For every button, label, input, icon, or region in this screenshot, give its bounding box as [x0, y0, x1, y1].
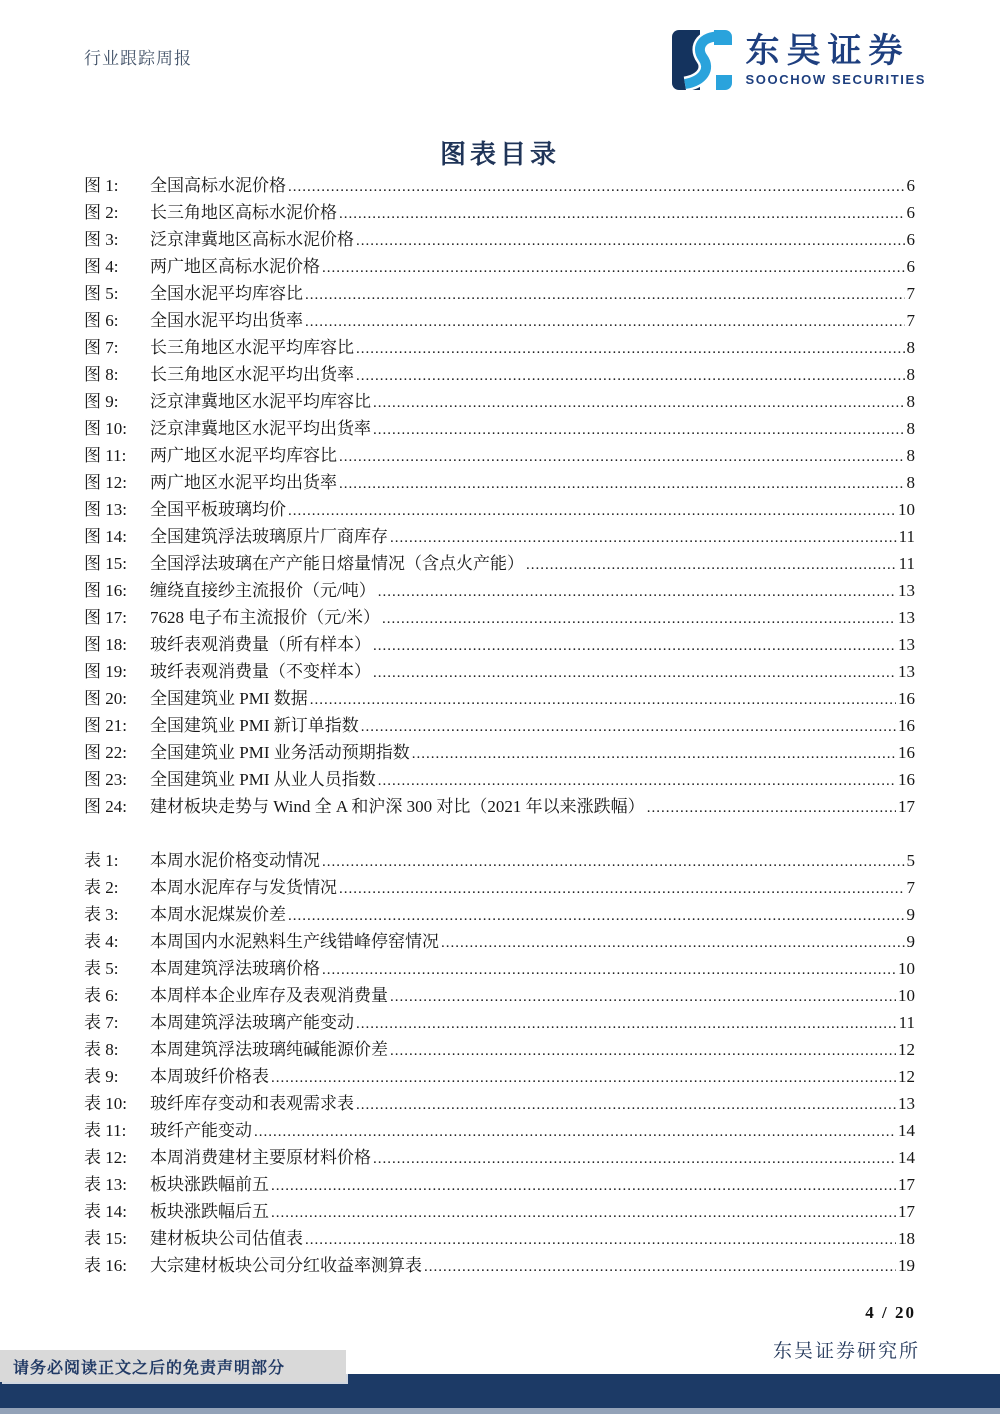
toc-entry-label: 图 8:: [84, 361, 150, 388]
toc-entry-title: 大宗建材板块公司分红收益率测算表: [150, 1252, 422, 1279]
toc-entry[interactable]: 表 2: 本周水泥库存与发货情况 7: [84, 874, 915, 901]
toc-entry-title: 玻纤表观消费量（所有样本）: [150, 631, 371, 658]
toc-entry-page: 11: [899, 523, 915, 550]
toc-entry[interactable]: 表 10: 玻纤库存变动和表观需求表 13: [84, 1090, 915, 1117]
toc-entry-title: 全国高标水泥价格: [150, 172, 286, 199]
toc-entry-page: 16: [898, 739, 915, 766]
toc-entry-label: 图 3:: [84, 226, 150, 253]
toc-entry-label: 表 10:: [84, 1090, 150, 1117]
toc-entry-page: 7: [907, 280, 916, 307]
toc-entry-page: 13: [898, 604, 915, 631]
toc-entry-label: 图 14:: [84, 523, 150, 550]
toc-dot-leader: [339, 199, 905, 228]
toc-entry[interactable]: 图 15: 全国浮法玻璃在产产能日熔量情况（含点火产能） 11: [84, 550, 915, 577]
toc-entry-label: 表 16:: [84, 1252, 150, 1279]
toc-entry-label: 图 7:: [84, 334, 150, 361]
toc-entry-title: 建材板块公司估值表: [150, 1225, 303, 1252]
toc-entry[interactable]: 图 24: 建材板块走势与 Wind 全 A 和沪深 300 对比（2021 年…: [84, 793, 915, 820]
toc-entry[interactable]: 表 13: 板块涨跌幅前五 17: [84, 1171, 915, 1198]
toc-entry-label: 表 1:: [84, 847, 150, 874]
toc-entry-title: 全国建筑业 PMI 从业人员指数: [150, 766, 376, 793]
toc-entry-label: 图 9:: [84, 388, 150, 415]
toc-entry[interactable]: 表 1: 本周水泥价格变动情况 5: [84, 847, 915, 874]
toc-entry-page: 14: [898, 1117, 915, 1144]
toc-entry[interactable]: 表 7: 本周建筑浮法玻璃产能变动 11: [84, 1009, 915, 1036]
toc-entry-title: 本周水泥煤炭价差: [150, 901, 286, 928]
toc-entry-page: 13: [898, 577, 915, 604]
toc-entry-page: 7: [907, 307, 916, 334]
toc-entry[interactable]: 图 10: 泛京津冀地区水泥平均出货率 8: [84, 415, 915, 442]
toc-entry-page: 16: [898, 766, 915, 793]
toc-entry-label: 图 22:: [84, 739, 150, 766]
toc-entry-title: 全国建筑业 PMI 新订单指数: [150, 712, 359, 739]
toc-entry-page: 16: [898, 712, 915, 739]
toc-entry-title: 全国水泥平均出货率: [150, 307, 303, 334]
toc-dot-leader: [361, 712, 896, 741]
toc-dot-leader: [647, 793, 896, 822]
toc-entry-page: 14: [898, 1144, 915, 1171]
toc-entry[interactable]: 表 14: 板块涨跌幅后五 17: [84, 1198, 915, 1225]
toc-entry[interactable]: 图 16: 缠绕直接纱主流报价（元/吨） 13: [84, 577, 915, 604]
toc-dot-leader: [288, 172, 905, 201]
toc-entry-title: 泛京津冀地区水泥平均出货率: [150, 415, 371, 442]
toc-dot-leader: [382, 604, 896, 633]
toc-entry[interactable]: 图 6: 全国水泥平均出货率 7: [84, 307, 915, 334]
toc-entry-page: 6: [907, 226, 916, 253]
toc-entry-page: 6: [907, 253, 916, 280]
toc-dot-leader: [373, 631, 896, 660]
toc-entry-label: 图 13:: [84, 496, 150, 523]
toc-entry-title: 建材板块走势与 Wind 全 A 和沪深 300 对比（2021 年以来涨跌幅）: [150, 793, 645, 820]
toc-dot-leader: [288, 496, 896, 525]
brand-name-cn: 东吴证券: [746, 34, 910, 70]
toc-entry[interactable]: 表 15: 建材板块公司估值表 18: [84, 1225, 915, 1252]
toc-entry-page: 8: [907, 388, 916, 415]
toc-entry-label: 图 21:: [84, 712, 150, 739]
toc-entry[interactable]: 表 3: 本周水泥煤炭价差 9: [84, 901, 915, 928]
toc-entry-page: 10: [898, 982, 915, 1009]
toc-entry-title: 两广地区高标水泥价格: [150, 253, 320, 280]
toc-entry-page: 12: [898, 1036, 915, 1063]
toc-entry[interactable]: 表 12: 本周消费建材主要原材料价格 14: [84, 1144, 915, 1171]
toc-entry-page: 13: [898, 1090, 915, 1117]
toc-dot-leader: [305, 1225, 896, 1254]
toc-entry-label: 图 2:: [84, 199, 150, 226]
toc-entry-page: 9: [907, 928, 916, 955]
toc-entry-label: 图 24:: [84, 793, 150, 820]
toc-dot-leader: [526, 550, 897, 579]
toc-entry-label: 图 4:: [84, 253, 150, 280]
toc-entry-title: 玻纤产能变动: [150, 1117, 252, 1144]
toc-entry-title: 板块涨跌幅后五: [150, 1198, 269, 1225]
toc-dot-leader: [373, 388, 905, 417]
institute-name: 东吴证券研究所: [773, 1336, 920, 1363]
toc-entry[interactable]: 表 5: 本周建筑浮法玻璃价格 10: [84, 955, 915, 982]
toc-entry[interactable]: 图 23: 全国建筑业 PMI 从业人员指数 16: [84, 766, 915, 793]
toc-entry[interactable]: 表 16: 大宗建材板块公司分红收益率测算表 19: [84, 1252, 915, 1279]
toc-dot-leader: [305, 307, 905, 336]
toc-entry-page: 7: [907, 874, 916, 901]
toc-entry-page: 10: [898, 496, 915, 523]
toc-entry-title: 玻纤库存变动和表观需求表: [150, 1090, 354, 1117]
toc-entry[interactable]: 图 11: 两广地区水泥平均库容比 8: [84, 442, 915, 469]
toc-entry-page: 17: [898, 1171, 915, 1198]
toc-entry-label: 表 2:: [84, 874, 150, 901]
toc-entry-page: 17: [898, 793, 915, 820]
toc-dot-leader: [390, 1036, 896, 1065]
soochow-logo-icon: [670, 28, 734, 92]
toc-entry-label: 图 1:: [84, 172, 150, 199]
toc-dot-leader: [356, 361, 905, 390]
toc-entry-label: 表 5:: [84, 955, 150, 982]
toc-dot-leader: [322, 847, 905, 876]
toc-entry[interactable]: 图 2: 长三角地区高标水泥价格 6: [84, 199, 915, 226]
toc-entry[interactable]: 图 13: 全国平板玻璃均价 10: [84, 496, 915, 523]
toc-entry-label: 图 23:: [84, 766, 150, 793]
toc-entry[interactable]: 图 1: 全国高标水泥价格 6: [84, 172, 915, 199]
toc-entry-label: 表 6:: [84, 982, 150, 1009]
toc-entry-title: 两广地区水泥平均库容比: [150, 442, 337, 469]
toc-entry-title: 泛京津冀地区高标水泥价格: [150, 226, 354, 253]
toc-entry-label: 图 6:: [84, 307, 150, 334]
toc-entry-page: 11: [899, 550, 915, 577]
toc-entry-page: 8: [907, 469, 916, 496]
toc-entry[interactable]: 图 8: 长三角地区水泥平均出货率 8: [84, 361, 915, 388]
toc-entry-label: 表 11:: [84, 1117, 150, 1144]
toc-entry[interactable]: 图 7: 长三角地区水泥平均库容比 8: [84, 334, 915, 361]
toc-entry-title: 全国建筑业 PMI 数据: [150, 685, 308, 712]
toc-entry-title: 本周建筑浮法玻璃价格: [150, 955, 320, 982]
toc-dot-leader: [288, 901, 905, 930]
toc-entry-title: 全国建筑浮法玻璃原片厂商库存: [150, 523, 388, 550]
toc-entry-title: 全国水泥平均库容比: [150, 280, 303, 307]
toc: 图 1: 全国高标水泥价格 6 图 2: 长三角地区高标水泥价格 6 图 3: …: [84, 172, 915, 1279]
toc-entry-label: 图 18:: [84, 631, 150, 658]
toc-entry-title: 本周建筑浮法玻璃纯碱能源价差: [150, 1036, 388, 1063]
toc-entry[interactable]: 图 4: 两广地区高标水泥价格 6: [84, 253, 915, 280]
toc-entry-title: 长三角地区水泥平均出货率: [150, 361, 354, 388]
toc-entry-title: 长三角地区高标水泥价格: [150, 199, 337, 226]
toc-entry-title: 全国浮法玻璃在产产能日熔量情况（含点火产能）: [150, 550, 524, 577]
toc-entry-label: 表 4:: [84, 928, 150, 955]
toc-dot-leader: [356, 1009, 897, 1038]
toc-entry-page: 8: [907, 334, 916, 361]
disclaimer-text: 请务必阅读正文之后的免责声明部分: [13, 1355, 285, 1378]
toc-entry-page: 8: [907, 361, 916, 388]
toc-entry-title: 本周消费建材主要原材料价格: [150, 1144, 371, 1171]
toc-entry-page: 19: [898, 1252, 915, 1279]
brand-name-en: SOOCHOW SECURITIES: [746, 72, 926, 87]
toc-entry-label: 图 20:: [84, 685, 150, 712]
toc-entry[interactable]: 图 17: 7628 电子布主流报价（元/米） 13: [84, 604, 915, 631]
toc-entry-title: 板块涨跌幅前五: [150, 1171, 269, 1198]
toc-entry-page: 8: [907, 415, 916, 442]
page-indicator: 4 / 20: [865, 1303, 916, 1323]
toc-entry-label: 表 15:: [84, 1225, 150, 1252]
toc-entry-page: 5: [907, 847, 916, 874]
disclaimer-banner: 请务必阅读正文之后的免责声明部分: [0, 1350, 346, 1382]
toc-entry-label: 图 15:: [84, 550, 150, 577]
toc-dot-leader: [441, 928, 905, 957]
toc-dot-leader: [373, 415, 905, 444]
toc-dot-leader: [339, 469, 905, 498]
toc-entry-page: 17: [898, 1198, 915, 1225]
toc-entry[interactable]: 表 4: 本周国内水泥熟料生产线错峰停窑情况 9: [84, 928, 915, 955]
toc-dot-leader: [339, 874, 905, 903]
toc-entry-label: 图 12:: [84, 469, 150, 496]
toc-entry-page: 10: [898, 955, 915, 982]
toc-entry-title: 全国平板玻璃均价: [150, 496, 286, 523]
brand-logo: 东吴证券 SOOCHOW SECURITIES: [670, 28, 926, 92]
toc-entry-title: 本周水泥库存与发货情况: [150, 874, 337, 901]
toc-dot-leader: [390, 982, 896, 1011]
toc-dot-leader: [322, 253, 905, 282]
toc-entry-label: 表 12:: [84, 1144, 150, 1171]
toc-entry-page: 8: [907, 442, 916, 469]
report-page: 行业跟踪周报 东吴证券 SOOCHOW SECURITIES 图表目录 图 1:…: [0, 0, 1000, 1414]
toc-entry-title: 两广地区水泥平均出货率: [150, 469, 337, 496]
toc-entry-label: 图 10:: [84, 415, 150, 442]
toc-entry-page: 6: [907, 172, 916, 199]
toc-entry-title: 本周样本企业库存及表观消费量: [150, 982, 388, 1009]
toc-entry-title: 本周水泥价格变动情况: [150, 847, 320, 874]
toc-entry-label: 表 14:: [84, 1198, 150, 1225]
tables-section: 表 1: 本周水泥价格变动情况 5 表 2: 本周水泥库存与发货情况 7 表 3…: [84, 847, 915, 1279]
toc-entry-label: 表 7:: [84, 1009, 150, 1036]
toc-dot-leader: [378, 766, 896, 795]
toc-entry-page: 9: [907, 901, 916, 928]
toc-entry-page: 13: [898, 658, 915, 685]
toc-dot-leader: [412, 739, 896, 768]
toc-entry[interactable]: 图 14: 全国建筑浮法玻璃原片厂商库存 11: [84, 523, 915, 550]
toc-entry-page: 11: [899, 1009, 915, 1036]
toc-entry-label: 图 5:: [84, 280, 150, 307]
toc-dot-leader: [322, 955, 896, 984]
toc-entry[interactable]: 图 19: 玻纤表观消费量（不变样本） 13: [84, 658, 915, 685]
toc-entry[interactable]: 表 8: 本周建筑浮法玻璃纯碱能源价差 12: [84, 1036, 915, 1063]
toc-entry-label: 表 3:: [84, 901, 150, 928]
toc-dot-leader: [271, 1198, 896, 1227]
toc-entry-title: 缠绕直接纱主流报价（元/吨）: [150, 577, 376, 604]
toc-dot-leader: [424, 1252, 896, 1281]
toc-dot-leader: [254, 1117, 896, 1146]
toc-dot-leader: [310, 685, 896, 714]
toc-dot-leader: [378, 577, 896, 606]
toc-dot-leader: [356, 1090, 896, 1119]
toc-dot-leader: [373, 1144, 896, 1173]
toc-dot-leader: [356, 334, 905, 363]
toc-dot-leader: [339, 442, 905, 471]
toc-entry-page: 6: [907, 199, 916, 226]
toc-entry-page: 13: [898, 631, 915, 658]
toc-entry[interactable]: 图 21: 全国建筑业 PMI 新订单指数 16: [84, 712, 915, 739]
toc-entry[interactable]: 图 9: 泛京津冀地区水泥平均库容比 8: [84, 388, 915, 415]
toc-entry[interactable]: 表 11: 玻纤产能变动 14: [84, 1117, 915, 1144]
report-type-label: 行业跟踪周报: [84, 44, 192, 69]
figures-section: 图 1: 全国高标水泥价格 6 图 2: 长三角地区高标水泥价格 6 图 3: …: [84, 172, 915, 820]
toc-title: 图表目录: [0, 134, 1000, 171]
toc-entry[interactable]: 图 20: 全国建筑业 PMI 数据 16: [84, 685, 915, 712]
toc-entry-title: 泛京津冀地区水泥平均库容比: [150, 388, 371, 415]
footer-bar-accent: [0, 1408, 1000, 1414]
toc-entry-title: 长三角地区水泥平均库容比: [150, 334, 354, 361]
toc-entry-page: 18: [898, 1225, 915, 1252]
toc-entry-title: 全国建筑业 PMI 业务活动预期指数: [150, 739, 410, 766]
toc-entry-label: 表 9:: [84, 1063, 150, 1090]
toc-entry-title: 本周玻纤价格表: [150, 1063, 269, 1090]
toc-entry-page: 12: [898, 1063, 915, 1090]
toc-entry[interactable]: 图 5: 全国水泥平均库容比 7: [84, 280, 915, 307]
toc-entry-page: 16: [898, 685, 915, 712]
toc-entry-label: 表 8:: [84, 1036, 150, 1063]
toc-entry[interactable]: 图 22: 全国建筑业 PMI 业务活动预期指数 16: [84, 739, 915, 766]
toc-dot-leader: [305, 280, 905, 309]
toc-dot-leader: [356, 226, 905, 255]
toc-entry[interactable]: 图 3: 泛京津冀地区高标水泥价格 6: [84, 226, 915, 253]
toc-dot-leader: [271, 1063, 896, 1092]
toc-entry-title: 玻纤表观消费量（不变样本）: [150, 658, 371, 685]
toc-entry-label: 表 13:: [84, 1171, 150, 1198]
toc-entry[interactable]: 表 9: 本周玻纤价格表 12: [84, 1063, 915, 1090]
toc-entry[interactable]: 图 18: 玻纤表观消费量（所有样本） 13: [84, 631, 915, 658]
brand-text: 东吴证券 SOOCHOW SECURITIES: [746, 34, 926, 87]
toc-entry-label: 图 19:: [84, 658, 150, 685]
toc-dot-leader: [271, 1171, 896, 1200]
toc-entry-label: 图 17:: [84, 604, 150, 631]
toc-entry-label: 图 16:: [84, 577, 150, 604]
toc-entry[interactable]: 表 6: 本周样本企业库存及表观消费量 10: [84, 982, 915, 1009]
toc-dot-leader: [390, 523, 897, 552]
toc-entry-title: 本周国内水泥熟料生产线错峰停窑情况: [150, 928, 439, 955]
toc-entry-label: 图 11:: [84, 442, 150, 469]
toc-entry-title: 本周建筑浮法玻璃产能变动: [150, 1009, 354, 1036]
toc-entry[interactable]: 图 12: 两广地区水泥平均出货率 8: [84, 469, 915, 496]
toc-entry-title: 7628 电子布主流报价（元/米）: [150, 604, 380, 631]
toc-dot-leader: [373, 658, 896, 687]
